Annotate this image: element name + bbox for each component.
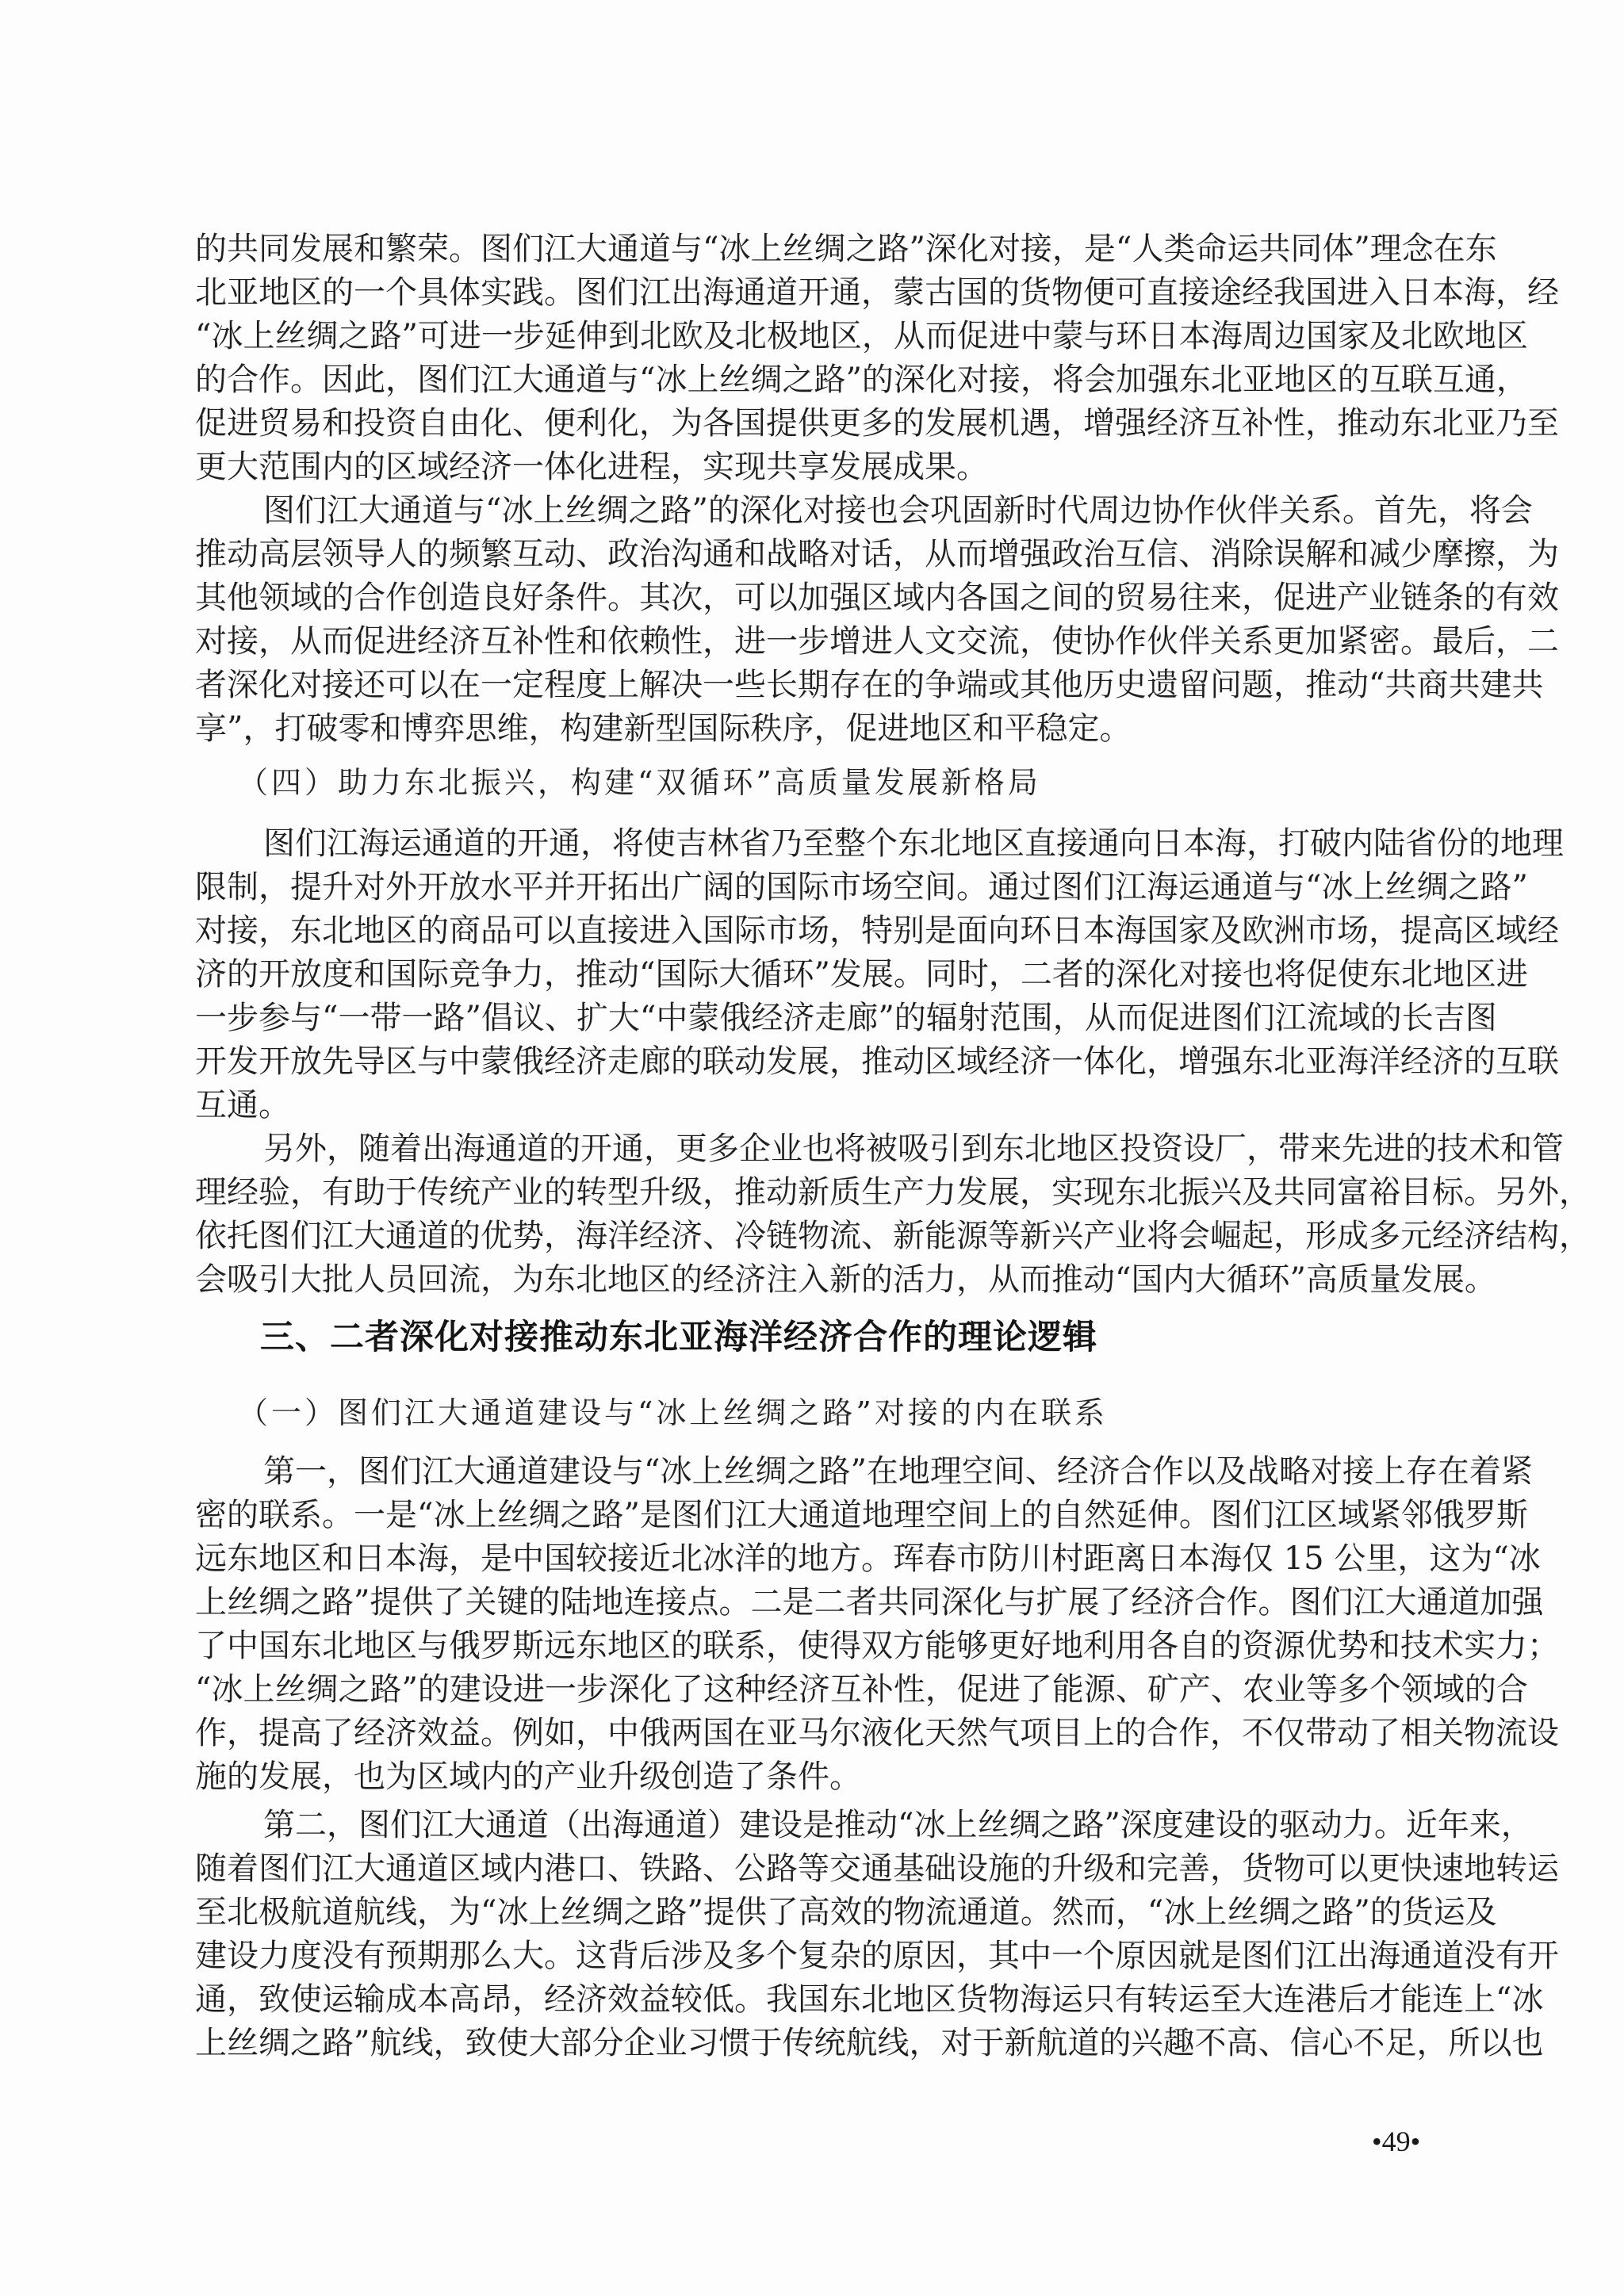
document-page: 的共同发展和繁荣。图们江大通道与“冰上丝绸之路”深化对接，是“人类命运共同体”理… xyxy=(0,0,1624,2296)
text-line: 通，致使运输成本高昂，经济效益较低。我国东北地区货物海运只有转运至大连港后才能连… xyxy=(195,1978,1429,2022)
text-line: 随着图们江大通道区域内港口、铁路、公路等交通基础设施的升级和完善，货物可以更快速… xyxy=(195,1847,1429,1891)
subsection-heading: （一）图们江大通道建设与“冰上丝绸之路”对接的内在联系 xyxy=(238,1391,1108,1435)
text-line: 施的发展，也为区域内的产业升级创造了条件。 xyxy=(195,1755,1429,1799)
text-line: 济的开放度和国际竞争力，推动“国际大循环”发展。同时，二者的深化对接也将促使东北… xyxy=(195,953,1429,997)
text-line: 的合作。因此，图们江大通道与“冰上丝绸之路”的深化对接，将会加强东北亚地区的互联… xyxy=(195,358,1429,402)
text-line: 图们江海运通道的开通，将使吉林省乃至整个东北地区直接通向日本海，打破内陆省份的地… xyxy=(263,822,1429,866)
text-line: 上丝绸之路”航线，致使大部分企业习惯于传统航线，对于新航道的兴趣不高、信心不足，… xyxy=(195,2022,1429,2065)
text-line: 第一，图们江大通道建设与“冰上丝绸之路”在地理空间、经济合作以及战略对接上存在着… xyxy=(263,1450,1429,1494)
text-line: 第二，图们江大通道（出海通道）建设是推动“冰上丝绸之路”深度建设的驱动力。近年来… xyxy=(263,1804,1429,1847)
text-line: 远东地区和日本海，是中国较接近北冰洋的地方。珲春市防川村距离日本海仅 15 公里… xyxy=(195,1537,1429,1581)
text-line: “冰上丝绸之路”可进一步延伸到北欧及北极地区，从而促进中蒙与环日本海周边国家及北… xyxy=(195,315,1429,358)
text-line: 一步参与“一带一路”倡议、扩大“中蒙俄经济走廊”的辐射范围，从而促进图们江流域的… xyxy=(195,997,1429,1040)
text-line: 者深化对接还可以在一定程度上解决一些长期存在的争端或其他历史遗留问题，推动“共商… xyxy=(195,664,1429,707)
text-line: 依托图们江大通道的优势，海洋经济、冷链物流、新能源等新兴产业将会崛起，形成多元经… xyxy=(195,1215,1429,1258)
text-line: 享”，打破零和博弈思维，构建新型国际秩序，促进地区和平稳定。 xyxy=(195,707,1429,751)
text-line: 互通。 xyxy=(195,1084,1429,1127)
text-line: 开发开放先导区与中蒙俄经济走廊的联动发展，推动区域经济一体化，增强东北亚海洋经济… xyxy=(195,1040,1429,1084)
text-line: 上丝绸之路”提供了关键的陆地连接点。二是二者共同深化与扩展了经济合作。图们江大通… xyxy=(195,1581,1429,1624)
text-line: 另外，随着出海通道的开通，更多企业也将被吸引到东北地区投资设厂，带来先进的技术和… xyxy=(263,1127,1429,1171)
text-line: 对接，东北地区的商品可以直接进入国际市场，特别是面向环日本海国家及欧洲市场，提高… xyxy=(195,909,1429,953)
text-line: 推动高层领导人的频繁互动、政治沟通和战略对话，从而增强政治互信、消除误解和减少摩… xyxy=(195,533,1429,576)
text-line: 理经验，有助于传统产业的转型升级，推动新质生产力发展，实现东北振兴及共同富裕目标… xyxy=(195,1171,1429,1215)
text-line: 的共同发展和繁荣。图们江大通道与“冰上丝绸之路”深化对接，是“人类命运共同体”理… xyxy=(195,228,1429,271)
text-line: “冰上丝绸之路”的建设进一步深化了这种经济互补性，促进了能源、矿产、农业等多个领… xyxy=(195,1668,1429,1712)
text-line: 图们江大通道与“冰上丝绸之路”的深化对接也会巩固新时代周边协作伙伴关系。首先，将… xyxy=(263,489,1429,533)
text-line: 促进贸易和投资自由化、便利化，为各国提供更多的发展机遇，增强经济互补性，推动东北… xyxy=(195,402,1429,446)
text-line: 至北极航道航线，为“冰上丝绸之路”提供了高效的物流通道。然而，“冰上丝绸之路”的… xyxy=(195,1891,1429,1934)
section-heading: 三、二者深化对接推动东北亚海洋经济合作的理论逻辑 xyxy=(260,1314,1097,1361)
text-line: 作，提高了经济效益。例如，中俄两国在亚马尔液化天然气项目上的合作，不仅带动了相关… xyxy=(195,1712,1429,1755)
text-line: 北亚地区的一个具体实践。图们江出海通道开通，蒙古国的货物便可直接途经我国进入日本… xyxy=(195,271,1429,315)
text-line: 了中国东北地区与俄罗斯远东地区的联系，使得双方能够更好地利用各自的资源优势和技术… xyxy=(195,1624,1429,1668)
text-line: 密的联系。一是“冰上丝绸之路”是图们江大通道地理空间上的自然延伸。图们江区域紧邻… xyxy=(195,1494,1429,1537)
text-line: 会吸引大批人员回流，为东北地区的经济注入新的活力，从而推动“国内大循环”高质量发… xyxy=(195,1258,1429,1302)
text-line: 对接，从而促进经济互补性和依赖性，进一步增进人文交流，使协作伙伴关系更加紧密。最… xyxy=(195,620,1429,664)
text-line: 限制，提升对外开放水平并开拓出广阔的国际市场空间。通过图们江海运通道与“冰上丝绸… xyxy=(195,866,1429,909)
subsection-heading: （四）助力东北振兴，构建“双循环”高质量发展新格局 xyxy=(238,761,1041,805)
text-line: 其他领域的合作创造良好条件。其次，可以加强区域内各国之间的贸易往来，促进产业链条… xyxy=(195,576,1429,620)
page-number: •49• xyxy=(1372,2122,1420,2161)
text-line: 更大范围内的区域经济一体化进程，实现共享发展成果。 xyxy=(195,446,1429,489)
text-line: 建设力度没有预期那么大。这背后涉及多个复杂的原因，其中一个原因就是图们江出海通道… xyxy=(195,1934,1429,1978)
